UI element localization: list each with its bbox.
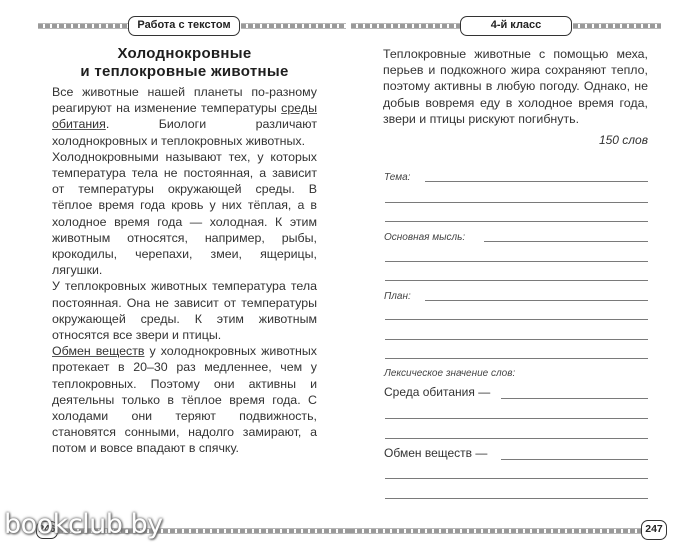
plan-answer-line[interactable] — [425, 300, 648, 301]
plan-answer-line-4[interactable] — [385, 358, 648, 359]
metabolism-answer-line-2[interactable] — [385, 478, 648, 479]
word-count: 150 слов — [383, 133, 648, 147]
term-habitat-label: Среда обитания — — [384, 385, 490, 399]
section-label-pill: Работа с текстом — [128, 16, 240, 36]
title-line-2: и теплокровные животные — [52, 63, 317, 81]
paragraph-5: Теплокровные животные с помощью меха, пе… — [383, 46, 648, 127]
paragraph-4: Обмен веществ у холоднокровных животных … — [52, 343, 317, 456]
plan-answer-line-2[interactable] — [385, 319, 648, 320]
header-chain-right-a — [351, 23, 461, 29]
header-chain-left-b — [241, 23, 346, 29]
paragraph-1: Все животные нашей планеты по-разному ре… — [52, 84, 317, 149]
theme-answer-line-2[interactable] — [385, 202, 648, 203]
term-metabolism: Обмен веществ — [52, 344, 144, 358]
header-chain-right-b — [573, 23, 661, 29]
plan-answer-line-3[interactable] — [385, 339, 648, 340]
theme-answer-line-3[interactable] — [385, 221, 648, 222]
term-metabolism-label: Обмен веществ — — [384, 446, 487, 460]
left-page-text: Холоднокровные и теплокровные животные В… — [52, 45, 317, 457]
main-idea-answer-line-2[interactable] — [385, 261, 648, 262]
header-chain-left-a — [38, 23, 130, 29]
grade-label-pill: 4-й класс — [460, 16, 572, 36]
metabolism-answer-line[interactable] — [501, 459, 648, 460]
watermark-logo: bookclub.by — [4, 509, 163, 540]
paragraph-3: У теплокровных животных температура тела… — [52, 278, 317, 343]
grade-label: 4-й класс — [491, 19, 542, 31]
footer-chain-right — [350, 528, 642, 534]
lexical-meaning-label: Лексическое значение слов: — [384, 368, 515, 379]
theme-label: Тема: — [384, 172, 410, 183]
plan-label: План: — [384, 291, 411, 302]
habitat-answer-line[interactable] — [501, 398, 648, 399]
section-label: Работа с текстом — [137, 19, 230, 31]
main-idea-answer-line[interactable] — [484, 241, 648, 242]
title-line-1: Холоднокровные — [52, 45, 317, 63]
main-idea-label: Основная мысль: — [384, 232, 465, 243]
right-page-text: Теплокровные животные с помощью меха, пе… — [383, 46, 648, 147]
right-page-number: 247 — [641, 520, 667, 540]
p4-text: у холоднокровных животных протекает в 20… — [52, 344, 317, 455]
paragraph-2: Холоднокровными называют тех, у которых … — [52, 149, 317, 279]
theme-answer-line[interactable] — [425, 181, 648, 182]
metabolism-answer-line-3[interactable] — [385, 498, 648, 499]
main-idea-answer-line-3[interactable] — [385, 280, 648, 281]
p1-text: Все животные нашей планеты по-разному ре… — [52, 85, 317, 115]
right-page-number-text: 247 — [645, 523, 663, 535]
habitat-answer-line-2[interactable] — [385, 418, 648, 419]
habitat-answer-line-3[interactable] — [385, 438, 648, 439]
article-title: Холоднокровные и теплокровные животные — [52, 45, 317, 81]
